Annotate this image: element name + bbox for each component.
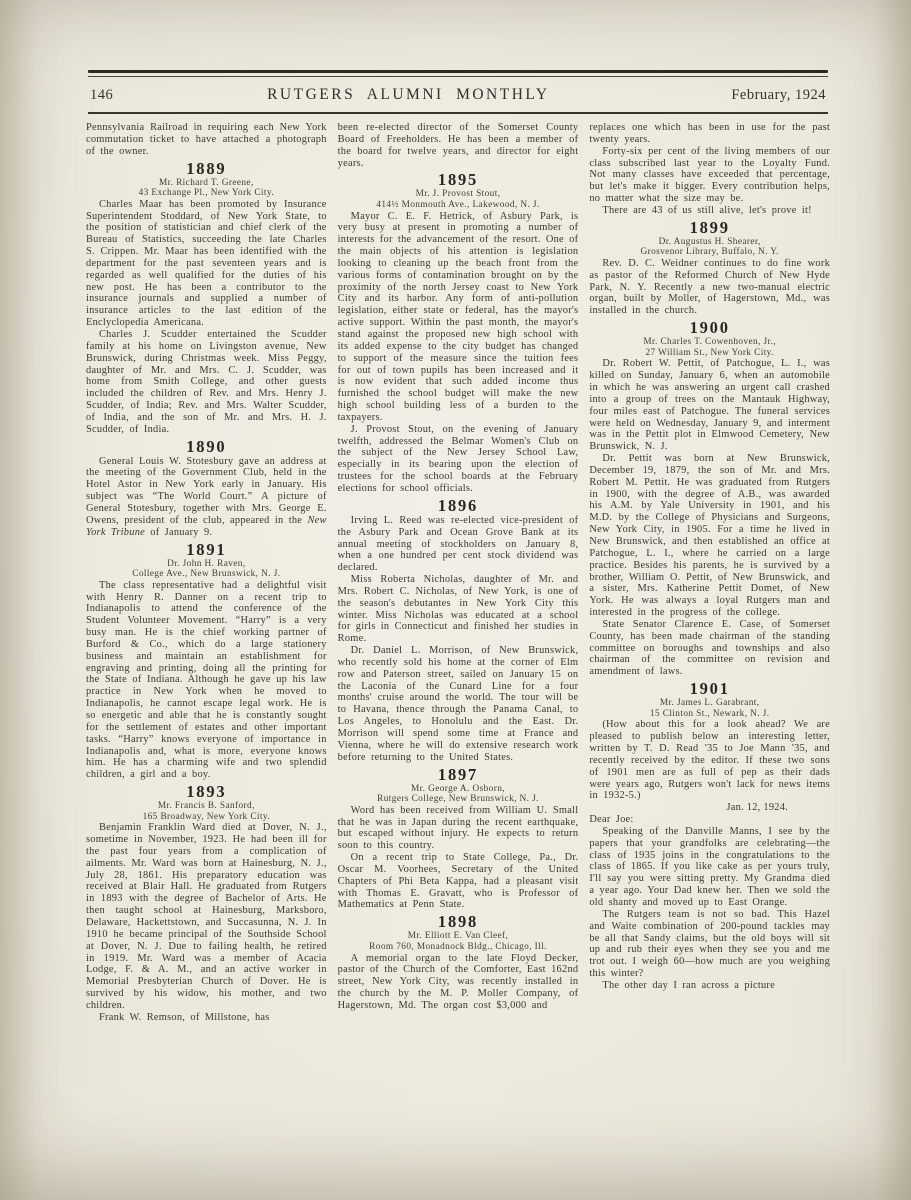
class-secretary-name: Dr. John H. Raven, [86,559,327,570]
paragraph: Dr. Robert W. Pettit, of Patchogue, L. I… [589,358,830,453]
paragraph: State Senator Clarence E. Case, of Somer… [589,619,830,678]
class-secretary-address: 43 Exchange Pl., New York City. [86,188,327,199]
class-year-heading: 1895 [338,171,579,188]
column-1: Pennsylvania Railroad in requiring each … [86,122,327,1024]
class-secretary-address: Rutgers College, New Brunswick, N. J. [338,794,579,805]
class-secretary-name: Mr. J. Provost Stout, [338,189,579,200]
paragraph: Dr. Pettit was born at New Brunswick, De… [589,453,830,619]
paragraph: Charles Maar has been promoted by Insura… [86,199,327,329]
page-header: 146 RUTGERS ALUMNI MONTHLY February, 192… [88,70,828,114]
paragraph: (How about this for a look ahead? We are… [589,719,830,802]
class-year-heading: 1890 [86,438,327,455]
page-number: 146 [90,87,113,104]
class-secretary-name: Mr. Charles T. Cowenhoven, Jr., [589,337,830,348]
paragraph: The other day I ran across a picture [589,980,830,992]
issue-date: February, 1924 [731,87,826,104]
paragraph: A memorial organ to the late Floyd Decke… [338,953,579,1012]
header-rule-bottom [88,112,828,114]
class-year-heading: 1900 [589,319,830,336]
class-year-heading: 1891 [86,541,327,558]
column-2: been re-elected director of the Somerset… [338,122,579,1024]
paragraph: Benjamin Franklin Ward died at Dover, N.… [86,822,327,1012]
class-year-heading: 1889 [86,160,327,177]
class-secretary-name: Mr. Francis B. Sanford, [86,801,327,812]
paragraph: Speaking of the Danville Manns, I see by… [589,826,830,909]
class-year-heading: 1893 [86,783,327,800]
magazine-page: 146 RUTGERS ALUMNI MONTHLY February, 192… [0,0,911,1200]
class-year-heading: 1898 [338,913,579,930]
paragraph: The class representative had a delightfu… [86,580,327,781]
continued-paragraph: been re-elected director of the Somerset… [338,122,579,169]
paragraph: Mayor C. E. F. Hetrick, of Asbury Park, … [338,211,579,424]
continued-paragraph: Pennsylvania Railroad in requiring each … [86,122,327,158]
class-secretary-address: 27 William St., New York City. [589,348,830,359]
paragraph: Forty-six per cent of the living members… [589,146,830,205]
class-secretary-address: 15 Clinton St., Newark, N. J. [589,709,830,720]
paragraph: Dr. Daniel L. Morrison, of New Brunswick… [338,645,579,763]
class-year-heading: 1899 [589,219,830,236]
class-secretary-address: Grosvenor Library, Buffalo, N. Y. [589,247,830,258]
letter-salutation: Dear Joe: [589,814,830,826]
paragraph: J. Provost Stout, on the evening of Janu… [338,424,579,495]
paragraph: On a recent trip to State College, Pa., … [338,852,579,911]
paragraph: Word has been received from William U. S… [338,805,579,852]
class-year-heading: 1901 [589,680,830,697]
class-secretary-name: Mr. George A. Osborn, [338,784,579,795]
column-3: replaces one which has been in use for t… [589,122,830,1024]
paragraph: There are 43 of us still alive, let's pr… [589,205,830,217]
paragraph: Irving L. Reed was re-elected vice-presi… [338,515,579,574]
article-columns: Pennsylvania Railroad in requiring each … [86,122,830,1024]
magazine-title: RUTGERS ALUMNI MONTHLY [267,86,549,104]
paragraph: Charles J. Scudder entertained the Scudd… [86,329,327,436]
class-year-heading: 1896 [338,497,579,514]
paragraph: Miss Roberta Nicholas, daughter of Mr. a… [338,574,579,645]
class-year-heading: 1897 [338,766,579,783]
header-rule-thick [88,70,828,73]
class-secretary-name: Mr. Richard T. Greene, [86,178,327,189]
paragraph: Frank W. Remson, of Millstone, has [86,1012,327,1024]
class-secretary-address: Room 760, Monadnock Bldg., Chicago, Ill. [338,942,579,953]
class-secretary-address: 165 Broadway, New York City. [86,812,327,823]
class-secretary-address: 414½ Monmouth Ave., Lakewood, N. J. [338,200,579,211]
continued-paragraph: replaces one which has been in use for t… [589,122,830,146]
class-secretary-name: Dr. Augustus H. Shearer, [589,237,830,248]
class-secretary-address: College Ave., New Brunswick, N. J. [86,569,327,580]
class-secretary-name: Mr. Elliott E. Van Cleef, [338,931,579,942]
class-secretary-name: Mr. James L. Garabrant, [589,698,830,709]
paragraph: The Rutgers team is not so bad. This Haz… [589,909,830,980]
paragraph: General Louis W. Stotesbury gave an addr… [86,456,327,539]
paragraph: Rev. D. C. Weidner continues to do fine … [589,258,830,317]
header-row: 146 RUTGERS ALUMNI MONTHLY February, 192… [88,77,828,112]
letter-date-line: Jan. 12, 1924. [589,802,830,814]
